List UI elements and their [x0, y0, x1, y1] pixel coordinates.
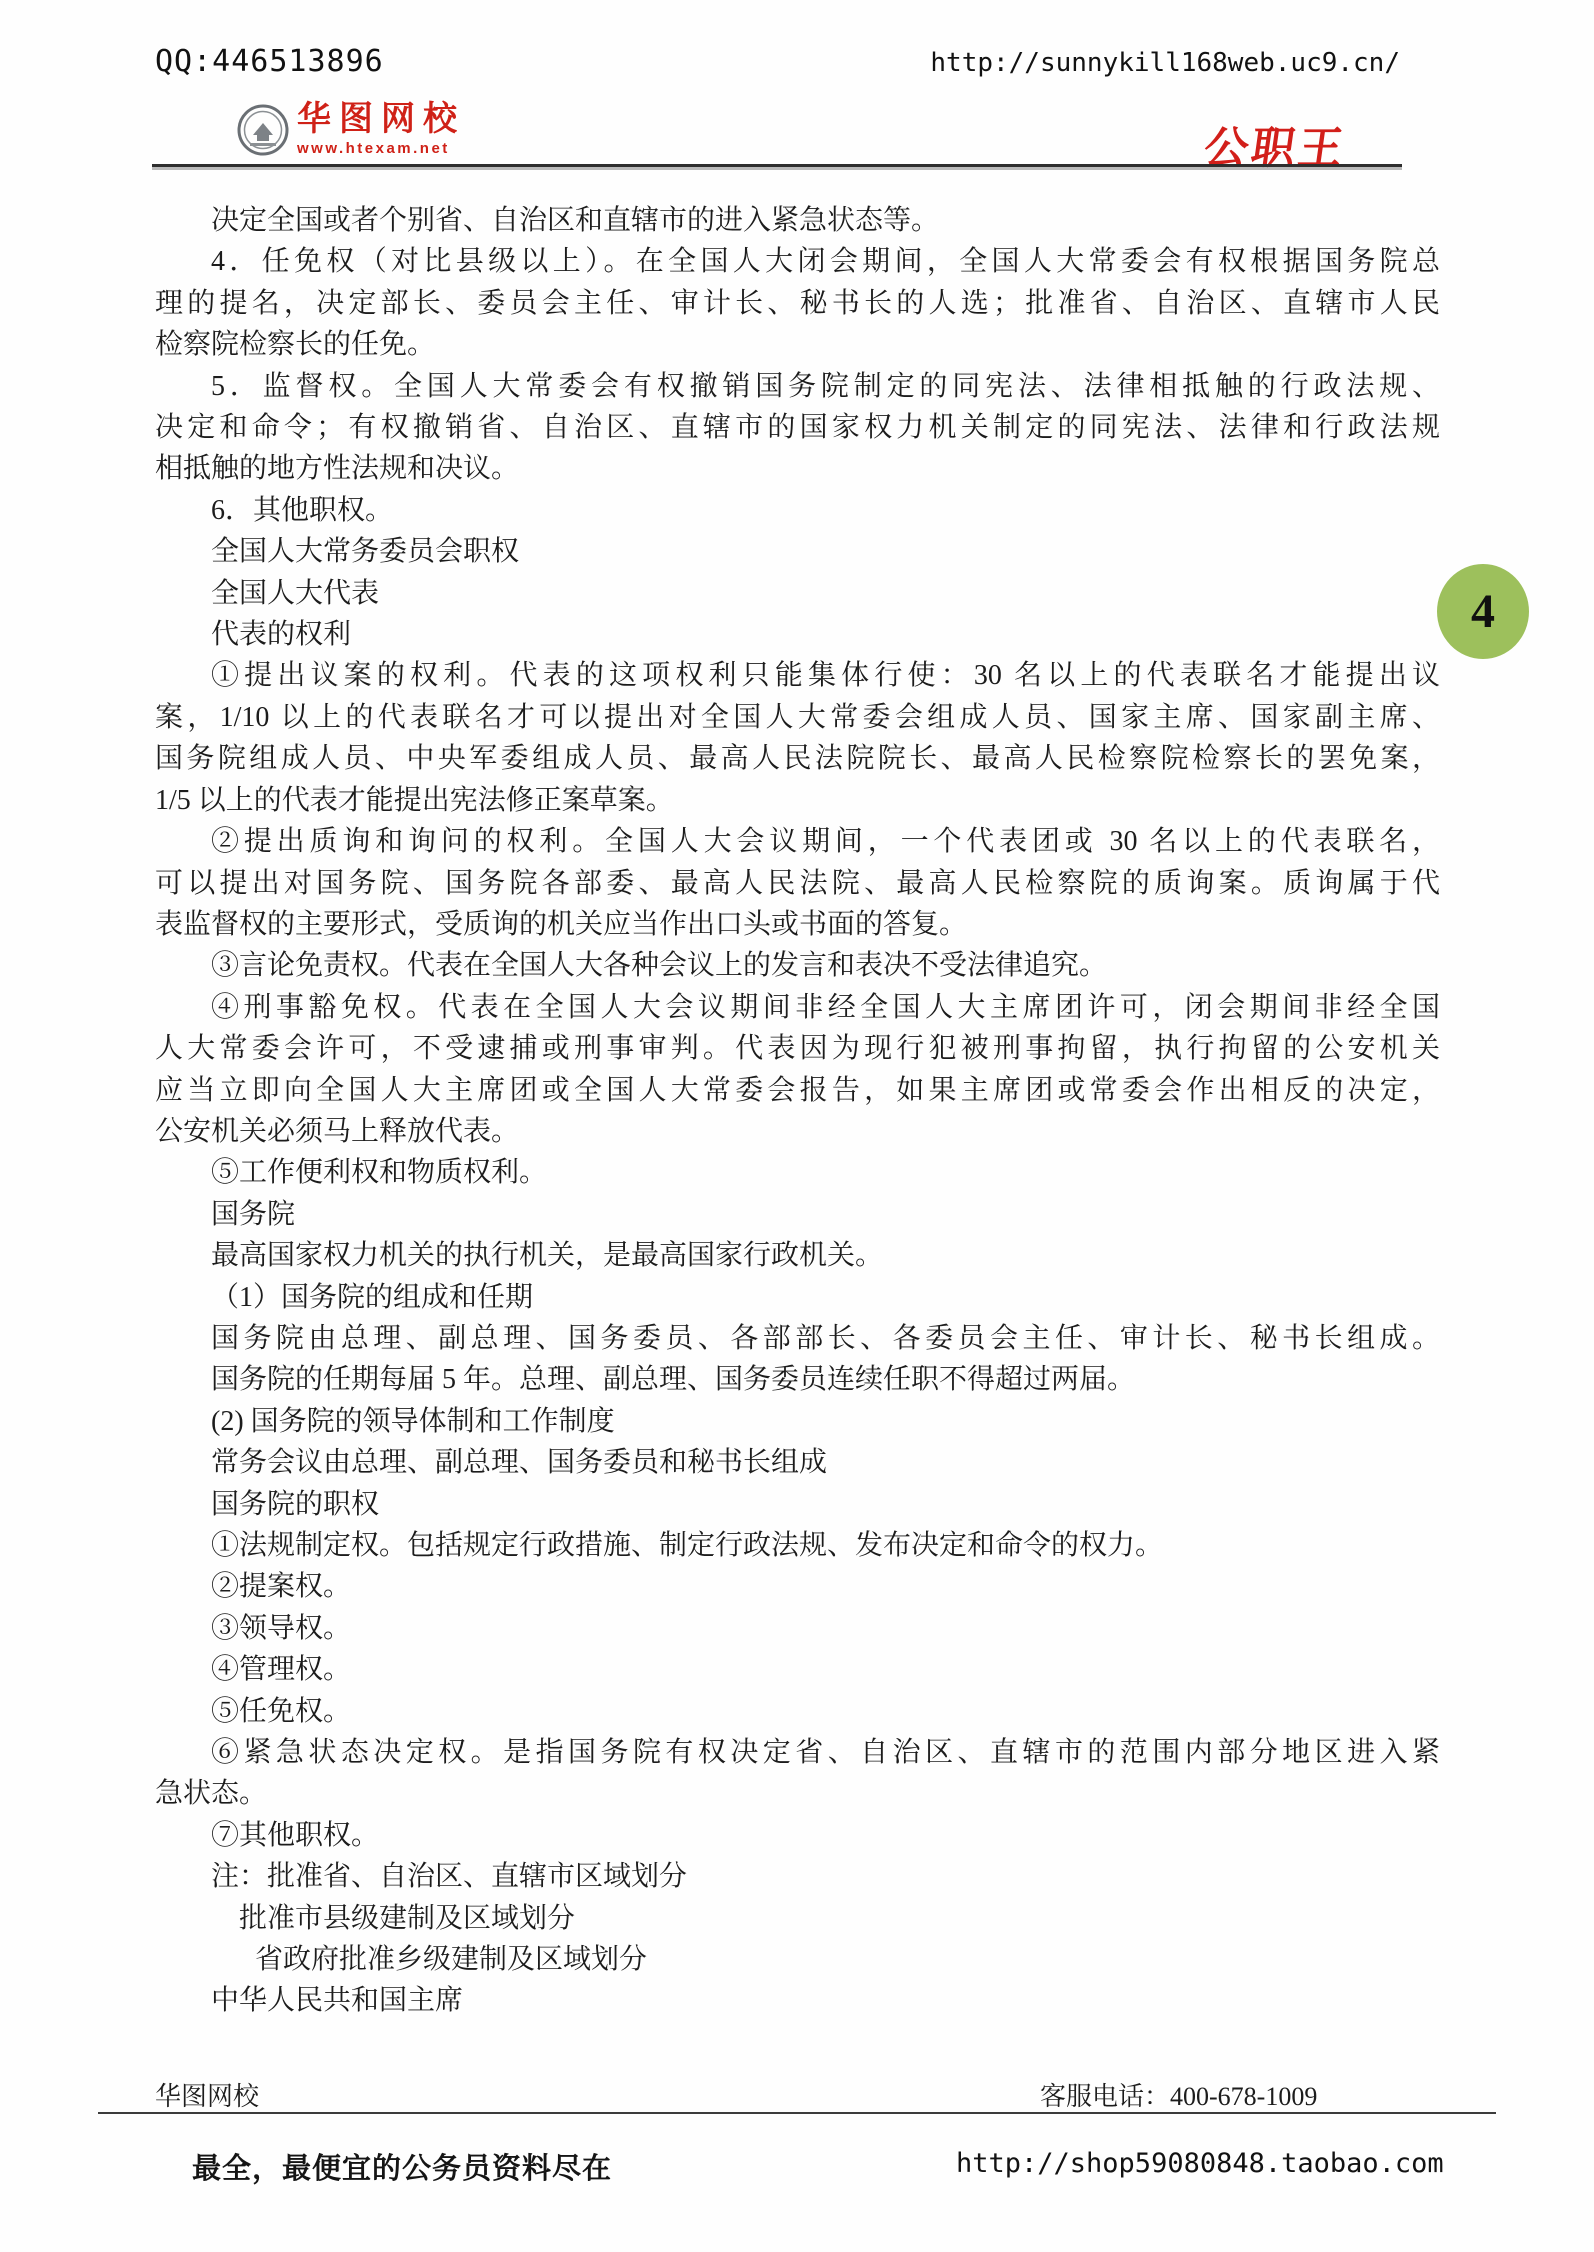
body-line: ⑤工作便利权和物质权利。	[155, 1152, 1440, 1193]
header-site-url: http://sunnykill168web.uc9.cn/	[930, 48, 1400, 78]
body-line: 可以提出对国务院、国务院各部委、最高人民法院、最高人民检察院的质询案。质询属于代	[155, 863, 1440, 904]
body-line: 5．监督权。全国人大常委会有权撤销国务院制定的同宪法、法律相抵触的行政法规、	[155, 366, 1440, 407]
body-line: 国务院	[155, 1194, 1440, 1235]
body-line: 决定全国或者个别省、自治区和直辖市的进入紧急状态等。	[155, 200, 1440, 241]
body-line: ④管理权。	[155, 1649, 1440, 1690]
body-line: 国务院的职权	[155, 1484, 1440, 1525]
body-line: ②提案权。	[155, 1566, 1440, 1607]
footer-school-name: 华图网校	[155, 2076, 259, 2113]
footer-divider	[98, 2112, 1496, 2114]
body-line: 急状态。	[155, 1773, 1440, 1814]
body-line: 4．任免权（对比县级以上）。在全国人大闭会期间，全国人大常委会有权根据国务院总	[155, 241, 1440, 282]
body-line: 人大常委会许可，不受逮捕或刑事审判。代表因为现行犯被刑事拘留，执行拘留的公安机关	[155, 1028, 1440, 1069]
body-line: 6．其他职权。	[155, 490, 1440, 531]
body-line: 相抵触的地方性法规和决议。	[155, 448, 1440, 489]
body-line: ④刑事豁免权。代表在全国人大会议期间非经全国人大主席团许可，闭会期间非经全国	[155, 987, 1440, 1028]
document-body: 决定全国或者个别省、自治区和直辖市的进入紧急状态等。4．任免权（对比县级以上）。…	[155, 200, 1440, 2022]
body-line: 表监督权的主要形式，受质询的机关应当作出口头或书面的答复。	[155, 904, 1440, 945]
logo-text-block: 华图网校 www.htexam.net	[297, 102, 465, 157]
body-line: （1）国务院的组成和任期	[155, 1277, 1440, 1318]
body-line: 国务院组成人员、中央军委组成人员、最高人民法院院长、最高人民检察院检察长的罢免案…	[155, 738, 1440, 779]
footer-promo-text: 最全，最便宜的公务员资料尽在	[192, 2146, 612, 2187]
body-line: 代表的权利	[155, 614, 1440, 655]
body-line: 省政府批准乡级建制及区域划分	[155, 1939, 1440, 1980]
footer-service-phone: 客服电话：400-678-1009	[1040, 2076, 1317, 2113]
body-line: 中华人民共和国主席	[155, 1980, 1440, 2021]
body-line: 注：批准省、自治区、直辖市区域划分	[155, 1856, 1440, 1897]
huatu-logo: 华图网校 www.htexam.net	[236, 102, 465, 158]
header-qq-number: QQ:446513896	[155, 44, 384, 79]
body-line: ③领导权。	[155, 1608, 1440, 1649]
body-line: ①法规制定权。包括规定行政措施、制定行政法规、发布决定和命令的权力。	[155, 1525, 1440, 1566]
body-line: ②提出质询和询问的权利。全国人大会议期间，一个代表团或 30 名以上的代表联名，	[155, 821, 1440, 862]
body-line: (2) 国务院的领导体制和工作制度	[155, 1401, 1440, 1442]
header-divider	[152, 164, 1402, 167]
body-line: 检察院检察长的任免。	[155, 324, 1440, 365]
body-line: 批准市县级建制及区域划分	[155, 1898, 1440, 1939]
document-page: QQ:446513896 http://sunnykill168web.uc9.…	[0, 0, 1594, 2252]
page-number-badge: 4	[1437, 564, 1529, 659]
school-seal-icon	[236, 102, 290, 158]
body-line: ⑦其他职权。	[155, 1815, 1440, 1856]
body-line: ⑥紧急状态决定权。是指国务院有权决定省、自治区、直辖市的范围内部分地区进入紧	[155, 1732, 1440, 1773]
body-line: 案，1/10 以上的代表联名才可以提出对全国人大常委会组成人员、国家主席、国家副…	[155, 697, 1440, 738]
body-line: 全国人大代表	[155, 573, 1440, 614]
page-number: 4	[1471, 584, 1495, 639]
body-line: 1/5 以上的代表才能提出宪法修正案草案。	[155, 780, 1440, 821]
body-line: ③言论免责权。代表在全国人大各种会议上的发言和表决不受法律追究。	[155, 945, 1440, 986]
body-line: 最高国家权力机关的执行机关，是最高国家行政机关。	[155, 1235, 1440, 1276]
body-line: 应当立即向全国人大主席团或全国人大常委会报告，如果主席团或常委会作出相反的决定，	[155, 1070, 1440, 1111]
body-line: 决定和命令；有权撤销省、自治区、直辖市的国家权力机关制定的同宪法、法律和行政法规	[155, 407, 1440, 448]
logo-website: www.htexam.net	[297, 140, 465, 157]
body-line: ①提出议案的权利。代表的这项权利只能集体行使：30 名以上的代表联名才能提出议	[155, 655, 1440, 696]
body-line: 全国人大常务委员会职权	[155, 531, 1440, 572]
body-line: 常务会议由总理、副总理、国务委员和秘书长组成	[155, 1442, 1440, 1483]
body-line: 公安机关必须马上释放代表。	[155, 1111, 1440, 1152]
body-line: 理的提名，决定部长、委员会主任、审计长、秘书长的人选；批准省、自治区、直辖市人民	[155, 283, 1440, 324]
logo-school-name: 华图网校	[297, 102, 465, 138]
footer-shop-url: http://shop59080848.taobao.com	[956, 2148, 1444, 2179]
body-line: 国务院由总理、副总理、国务委员、各部部长、各委员会主任、审计长、秘书长组成。	[155, 1318, 1440, 1359]
body-line: 国务院的任期每届 5 年。总理、副总理、国务委员连续任职不得超过两届。	[155, 1359, 1440, 1400]
body-line: ⑤任免权。	[155, 1691, 1440, 1732]
